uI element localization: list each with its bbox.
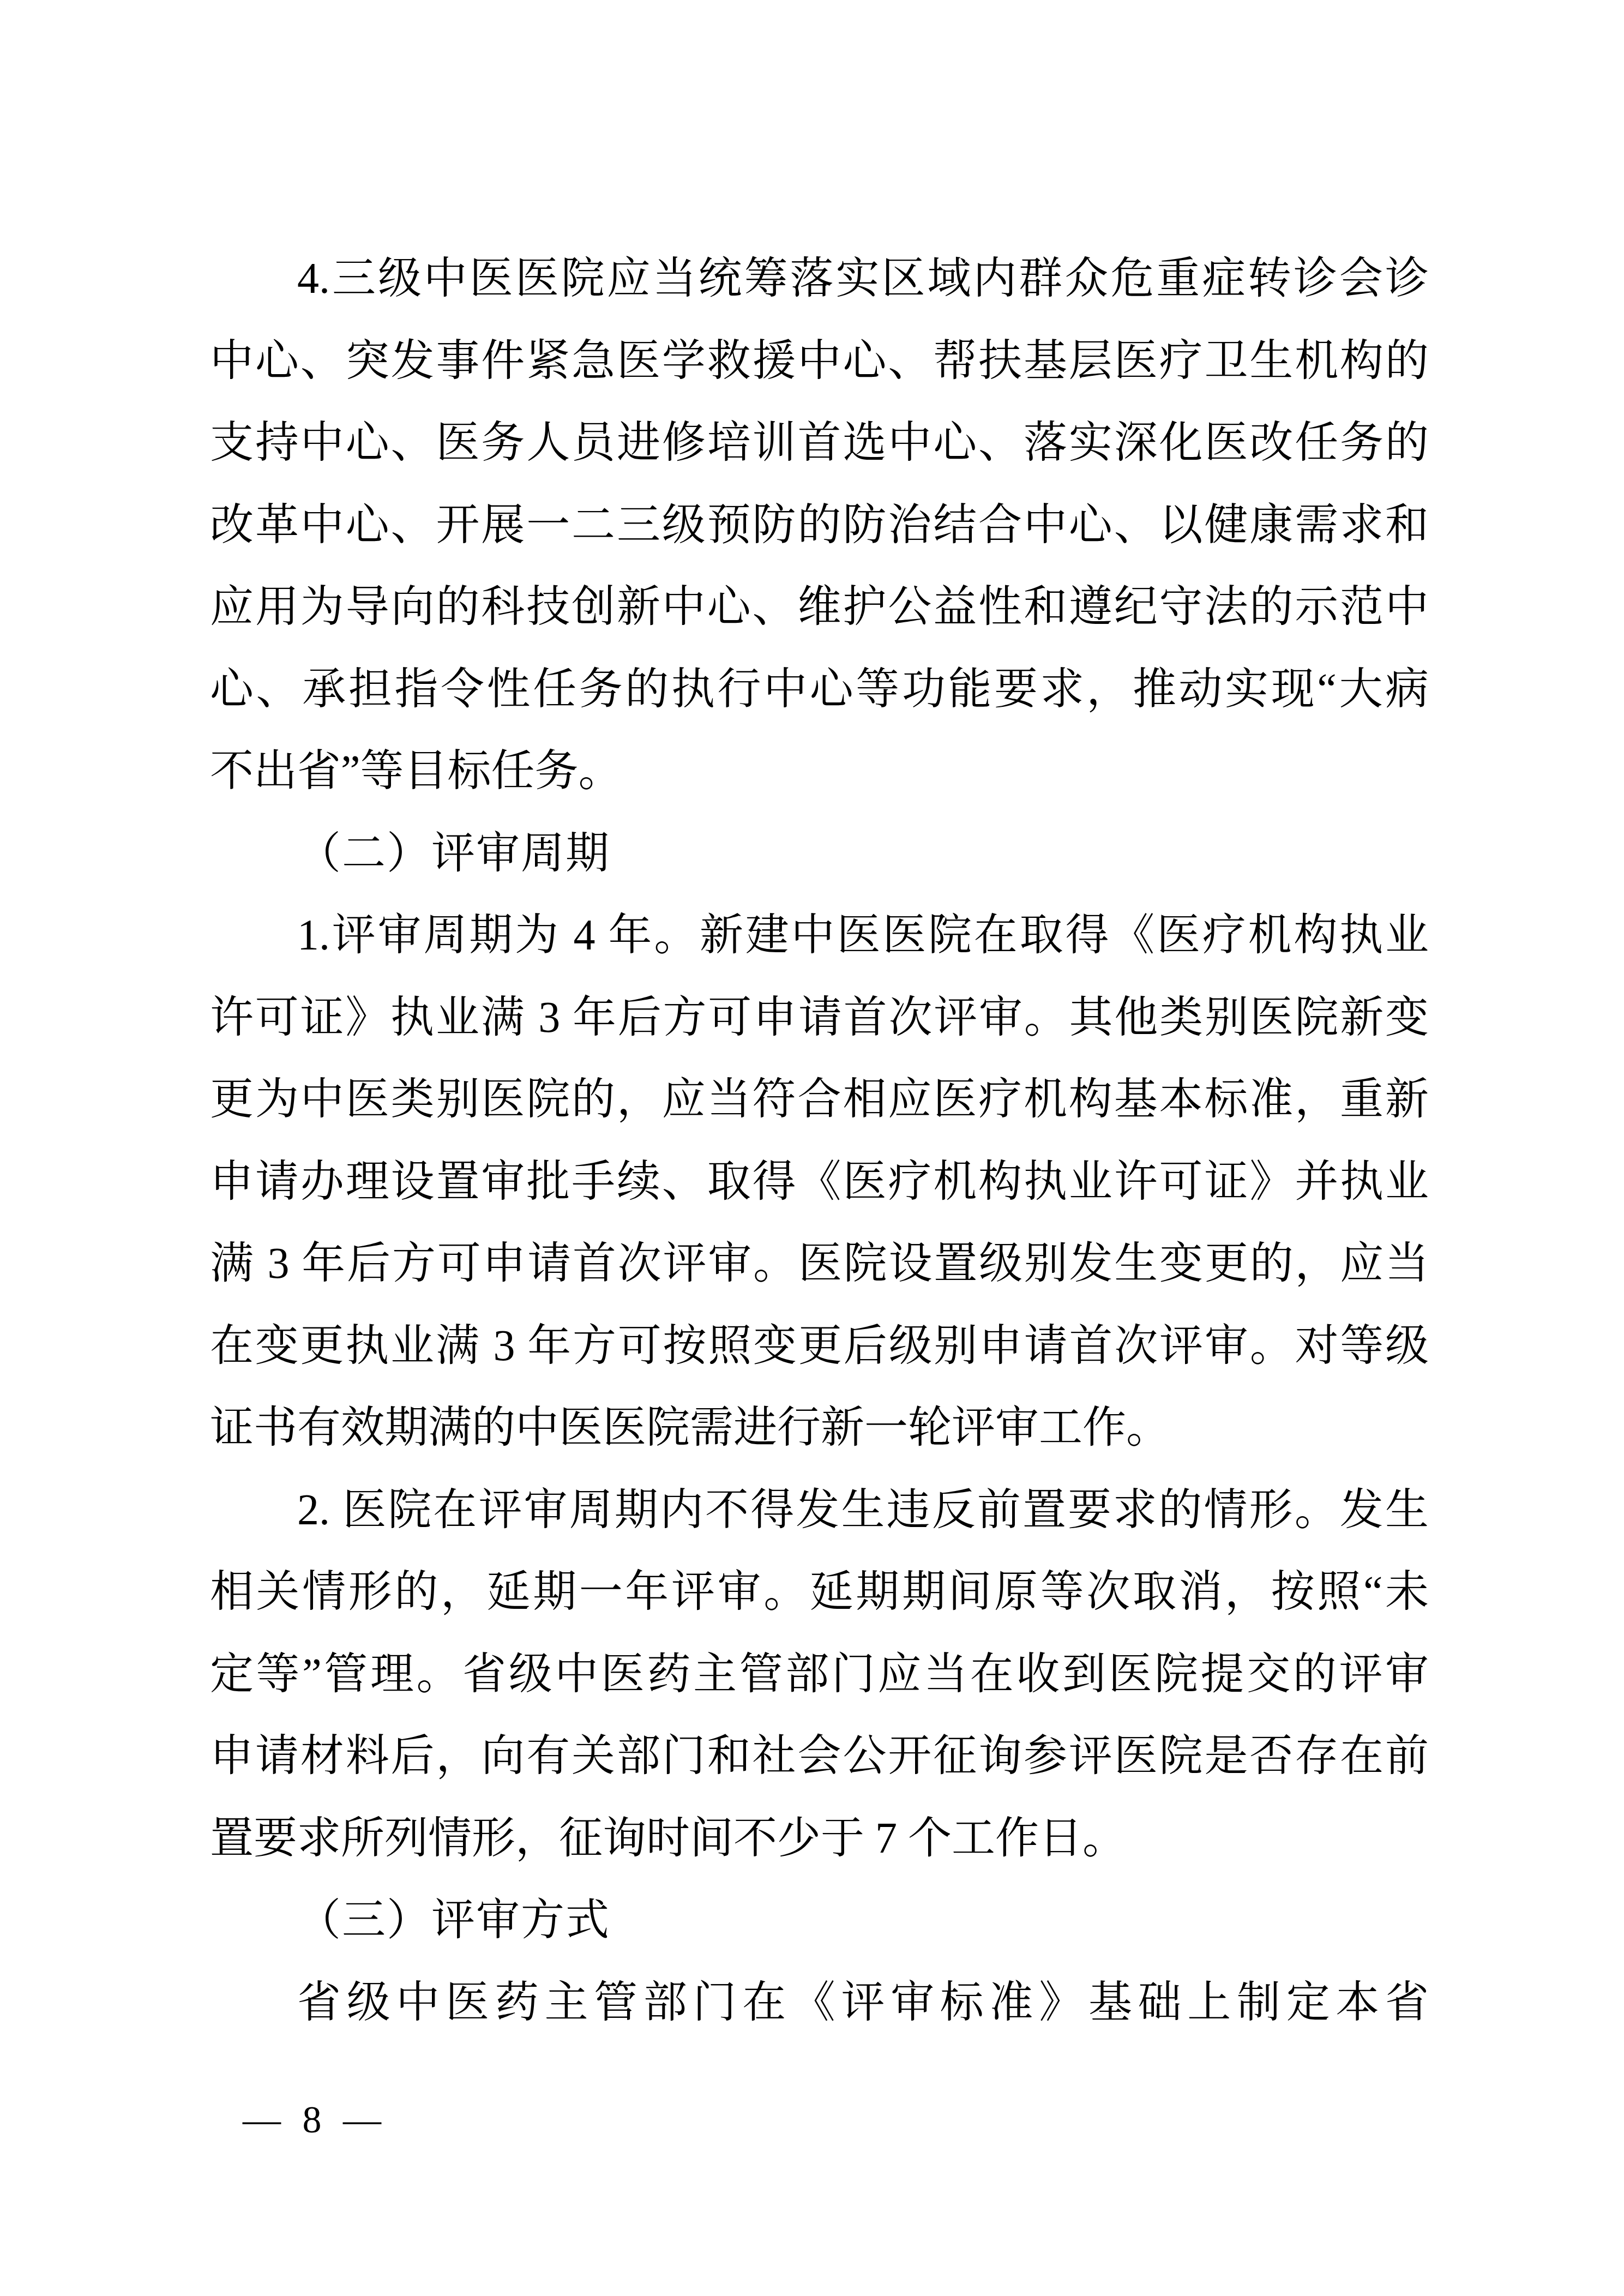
text-line: 证书有效期满的中医医院需进行新一轮评审工作。 [210, 1387, 1429, 1469]
text-line: 在变更执业满 3 年方可按照变更后级别申请首次评审。对等级 [210, 1305, 1429, 1387]
section-heading: （二）评审周期 [210, 813, 1429, 895]
document-body: 4.三级中医医院应当统筹落实区域内群众危重症转诊会诊中心、突发事件紧急医学救援中… [210, 238, 1429, 2043]
text-line: 满 3 年后方可申请首次评审。医院设置级别发生变更的，应当 [210, 1223, 1429, 1305]
text-line: 申请办理设置审批手续、取得《医疗机构执业许可证》并执业 [210, 1141, 1429, 1223]
section-heading: （三）评审方式 [210, 1879, 1429, 1962]
text-line: 申请材料后，向有关部门和社会公开征询参评医院是否存在前 [210, 1715, 1429, 1798]
text-line: 许可证》执业满 3 年后方可申请首次评审。其他类别医院新变 [210, 977, 1429, 1059]
text-line: 改革中心、开展一二三级预防的防治结合中心、以健康需求和 [210, 484, 1429, 567]
text-line: 心、承担指令性任务的执行中心等功能要求，推动实现“大病 [210, 648, 1429, 731]
document-page: 4.三级中医医院应当统筹落实区域内群众危重症转诊会诊中心、突发事件紧急医学救援中… [0, 0, 1624, 2296]
text-line: 更为中医类别医院的，应当符合相应医疗机构基本标准，重新 [210, 1059, 1429, 1141]
text-line: 不出省”等目标任务。 [210, 730, 1429, 813]
page-footer: — 8 — [243, 2100, 382, 2141]
text-line: 省级中医药主管部门在《评审标准》基础上制定本省 [210, 1962, 1429, 2044]
text-line: 置要求所列情形，征询时间不少于 7 个工作日。 [210, 1798, 1429, 1880]
text-line: 2. 医院在评审周期内不得发生违反前置要求的情形。发生 [210, 1469, 1429, 1552]
text-line: 4.三级中医医院应当统筹落实区域内群众危重症转诊会诊 [210, 238, 1429, 320]
text-line: 定等”管理。省级中医药主管部门应当在收到医院提交的评审 [210, 1633, 1429, 1716]
text-line: 中心、突发事件紧急医学救援中心、帮扶基层医疗卫生机构的 [210, 320, 1429, 402]
page-number: — 8 — [243, 2099, 382, 2141]
text-line: 1.评审周期为 4 年。新建中医医院在取得《医疗机构执业 [210, 894, 1429, 977]
text-line: 应用为导向的科技创新中心、维护公益性和遵纪守法的示范中 [210, 566, 1429, 648]
text-line: 相关情形的，延期一年评审。延期期间原等次取消，按照“未 [210, 1551, 1429, 1633]
text-line: 支持中心、医务人员进修培训首选中心、落实深化医改任务的 [210, 402, 1429, 484]
